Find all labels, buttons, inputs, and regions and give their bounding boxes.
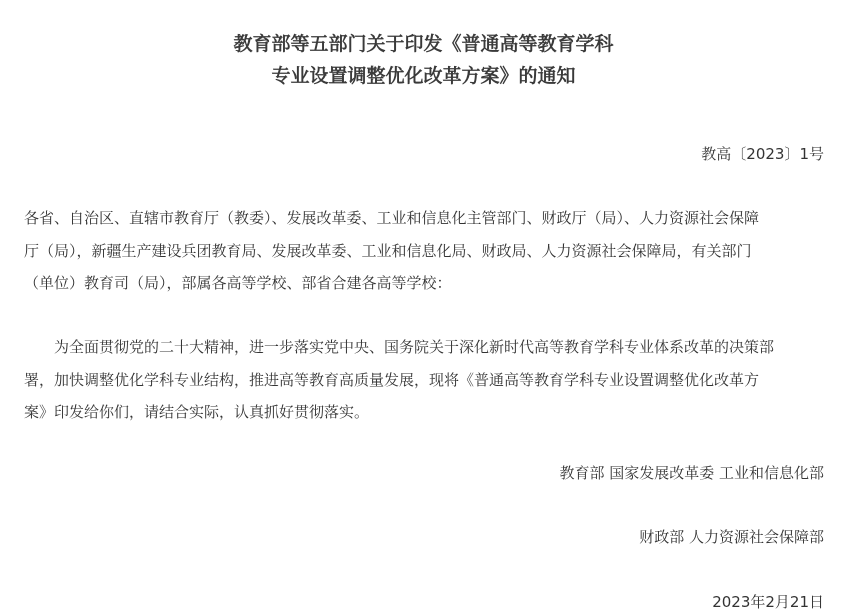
addressee-line-1: 各省、自治区、直辖市教育厅（教委）、发展改革委、工业和信息化主管部门、财政厅（局…	[24, 202, 824, 235]
signatory-line-2: 财政部 人力资源社会保障部	[639, 525, 824, 549]
notice-document: 教育部等五部门关于印发《普通高等教育学科 专业设置调整优化改革方案》的通知 教高…	[0, 0, 847, 616]
title-line-2: 专业设置调整优化改革方案》的通知	[0, 60, 847, 92]
addressee-line-3: （单位）教育司（局），部属各高等学校、部省合建各高等学校：	[24, 267, 824, 300]
addressee-paragraph: 各省、自治区、直辖市教育厅（教委）、发展改革委、工业和信息化主管部门、财政厅（局…	[24, 202, 824, 300]
issue-date: 2023年2月21日	[712, 590, 824, 614]
body-line-3: 案》印发给你们，请结合实际，认真抓好贯彻落实。	[24, 396, 824, 429]
body-paragraph: 为全面贯彻党的二十大精神，进一步落实党中央、国务院关于深化新时代高等教育学科专业…	[24, 331, 824, 429]
title-line-1: 教育部等五部门关于印发《普通高等教育学科	[0, 28, 847, 60]
body-line-2: 署，加快调整优化学科专业结构，推进高等教育高质量发展，现将《普通高等教育学科专业…	[24, 364, 824, 397]
document-title: 教育部等五部门关于印发《普通高等教育学科 专业设置调整优化改革方案》的通知	[0, 28, 847, 92]
addressee-line-2: 厅（局），新疆生产建设兵团教育局、发展改革委、工业和信息化局、财政局、人力资源社…	[24, 235, 824, 268]
document-number: 教高〔2023〕1号	[701, 142, 824, 166]
body-line-1: 为全面贯彻党的二十大精神，进一步落实党中央、国务院关于深化新时代高等教育学科专业…	[24, 331, 824, 364]
signatory-line-1: 教育部 国家发展改革委 工业和信息化部	[559, 461, 824, 485]
